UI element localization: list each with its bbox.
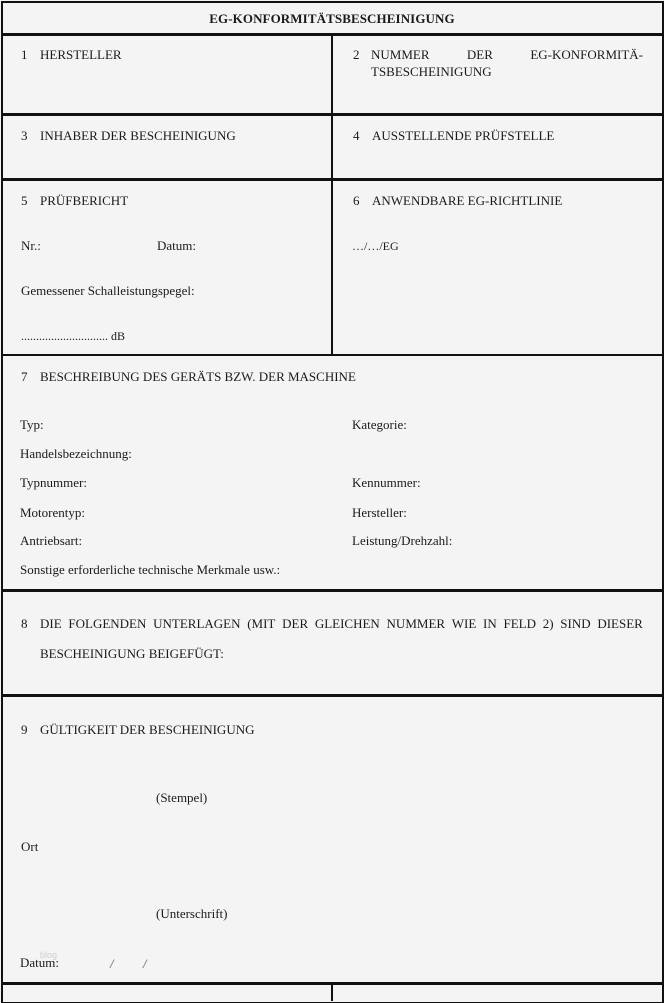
field-9-heading: 9GÜLTIGKEIT DER BESCHEINIGUNG: [21, 722, 255, 738]
field-label-word: DER: [467, 47, 493, 63]
field-2-input-area[interactable]: [353, 82, 653, 110]
manufacturer-label: Hersteller:: [352, 505, 407, 521]
report-number-label: Nr.:: [21, 238, 41, 254]
field-1-input-area[interactable]: [21, 60, 321, 110]
field-number: 3: [21, 128, 40, 144]
field-label-word: FELD: [503, 616, 536, 632]
directive-value[interactable]: …/…/EG: [352, 238, 399, 254]
field-label-word: UNTERLAGEN: [153, 616, 240, 632]
field-number: 9: [21, 722, 40, 738]
report-date-label: Datum:: [157, 238, 196, 254]
column-divider: [331, 34, 333, 355]
form-title: EG-KONFORMITÄTSBESCHEINIGUNG: [0, 11, 664, 27]
id-number-label: Kennummer:: [352, 475, 421, 491]
field-8-heading-line2: BESCHEINIGUNG BEIGEFÜGT:: [40, 646, 224, 662]
field-number: 5: [21, 193, 40, 209]
field-label: INHABER DER BESCHEINIGUNG: [40, 128, 236, 143]
field-5-heading: 5PRÜFBERICHT: [21, 193, 128, 209]
field-label-word: IN: [483, 616, 497, 632]
field-label: BESCHREIBUNG DES GERÄTS BZW. DER MASCHIN…: [40, 369, 356, 384]
engine-type-label: Motorentyp:: [20, 505, 85, 521]
field-3-heading: 3INHABER DER BESCHEINIGUNG: [21, 128, 236, 144]
field-6-heading: 6ANWENDBARE EG-RICHTLINIE: [353, 193, 562, 209]
field-8-number: 8: [21, 616, 28, 632]
field-label-word: FOLGENDEN: [68, 616, 146, 632]
date-separator: /: [110, 956, 114, 972]
place-label: Ort: [21, 839, 38, 855]
field-label: AUSSTELLENDE PRÜFSTELLE: [372, 128, 554, 143]
category-label: Kategorie:: [352, 417, 407, 433]
field-label-word: 2): [543, 616, 554, 632]
field-number: 4: [353, 128, 372, 144]
field-number: 7: [21, 369, 40, 385]
field-2-number: 2: [353, 47, 360, 63]
watermark: blog: [40, 950, 57, 960]
field-label-word: GLEICHEN: [315, 616, 380, 632]
field-number: 6: [353, 193, 372, 209]
field-7-heading: 7BESCHREIBUNG DES GERÄTS BZW. DER MASCHI…: [21, 369, 356, 385]
field-label: PRÜFBERICHT: [40, 193, 128, 208]
field-label-word: EG-KONFORMITÄ-: [530, 47, 643, 63]
sound-power-value[interactable]: ............................. dB: [21, 328, 125, 344]
divider: [1, 694, 663, 697]
date-separator: /: [143, 956, 147, 972]
power-speed-label: Leistung/Drehzahl:: [352, 533, 452, 549]
field-label-word: (MIT: [247, 616, 275, 632]
field-3-input-area[interactable]: [21, 146, 321, 174]
field-label-word: DIESER: [597, 616, 643, 632]
divider: [1, 589, 663, 592]
drive-type-label: Antriebsart:: [20, 533, 82, 549]
field-label-word: WIE: [452, 616, 477, 632]
field-label-word: NUMMER: [371, 47, 430, 63]
field-label-word: DER: [282, 616, 308, 632]
other-features-label: Sonstige erforderliche technische Merkma…: [20, 562, 280, 578]
field-8-heading-line1: DIE FOLGENDEN UNTERLAGEN (MIT DER GLEICH…: [40, 616, 643, 632]
field-4-heading: 4AUSSTELLENDE PRÜFSTELLE: [353, 128, 554, 144]
field-2-heading-line1: NUMMER DER EG-KONFORMITÄ-: [371, 47, 643, 63]
field-label: GÜLTIGKEIT DER BESCHEINIGUNG: [40, 722, 255, 737]
field-label-word: SIND: [560, 616, 590, 632]
signature-label: (Unterschrift): [156, 906, 227, 922]
field-label: ANWENDBARE EG-RICHTLINIE: [372, 193, 562, 208]
certificate-form: EG-KONFORMITÄTSBESCHEINIGUNG 1HERSTELLER…: [0, 0, 664, 1003]
type-number-label: Typnummer:: [20, 475, 87, 491]
field-2-heading-line2: TSBESCHEINIGUNG: [371, 64, 492, 80]
field-label-word: NUMMER: [387, 616, 446, 632]
stamp-label: (Stempel): [156, 790, 207, 806]
field-4-input-area[interactable]: [353, 146, 653, 174]
type-label: Typ:: [20, 417, 44, 433]
column-divider: [331, 983, 333, 1001]
field-label-word: DIE: [40, 616, 62, 632]
sound-power-label: Gemessener Schalleistungspegel:: [21, 283, 195, 299]
trade-name-label: Handelsbezeichnung:: [20, 446, 132, 462]
